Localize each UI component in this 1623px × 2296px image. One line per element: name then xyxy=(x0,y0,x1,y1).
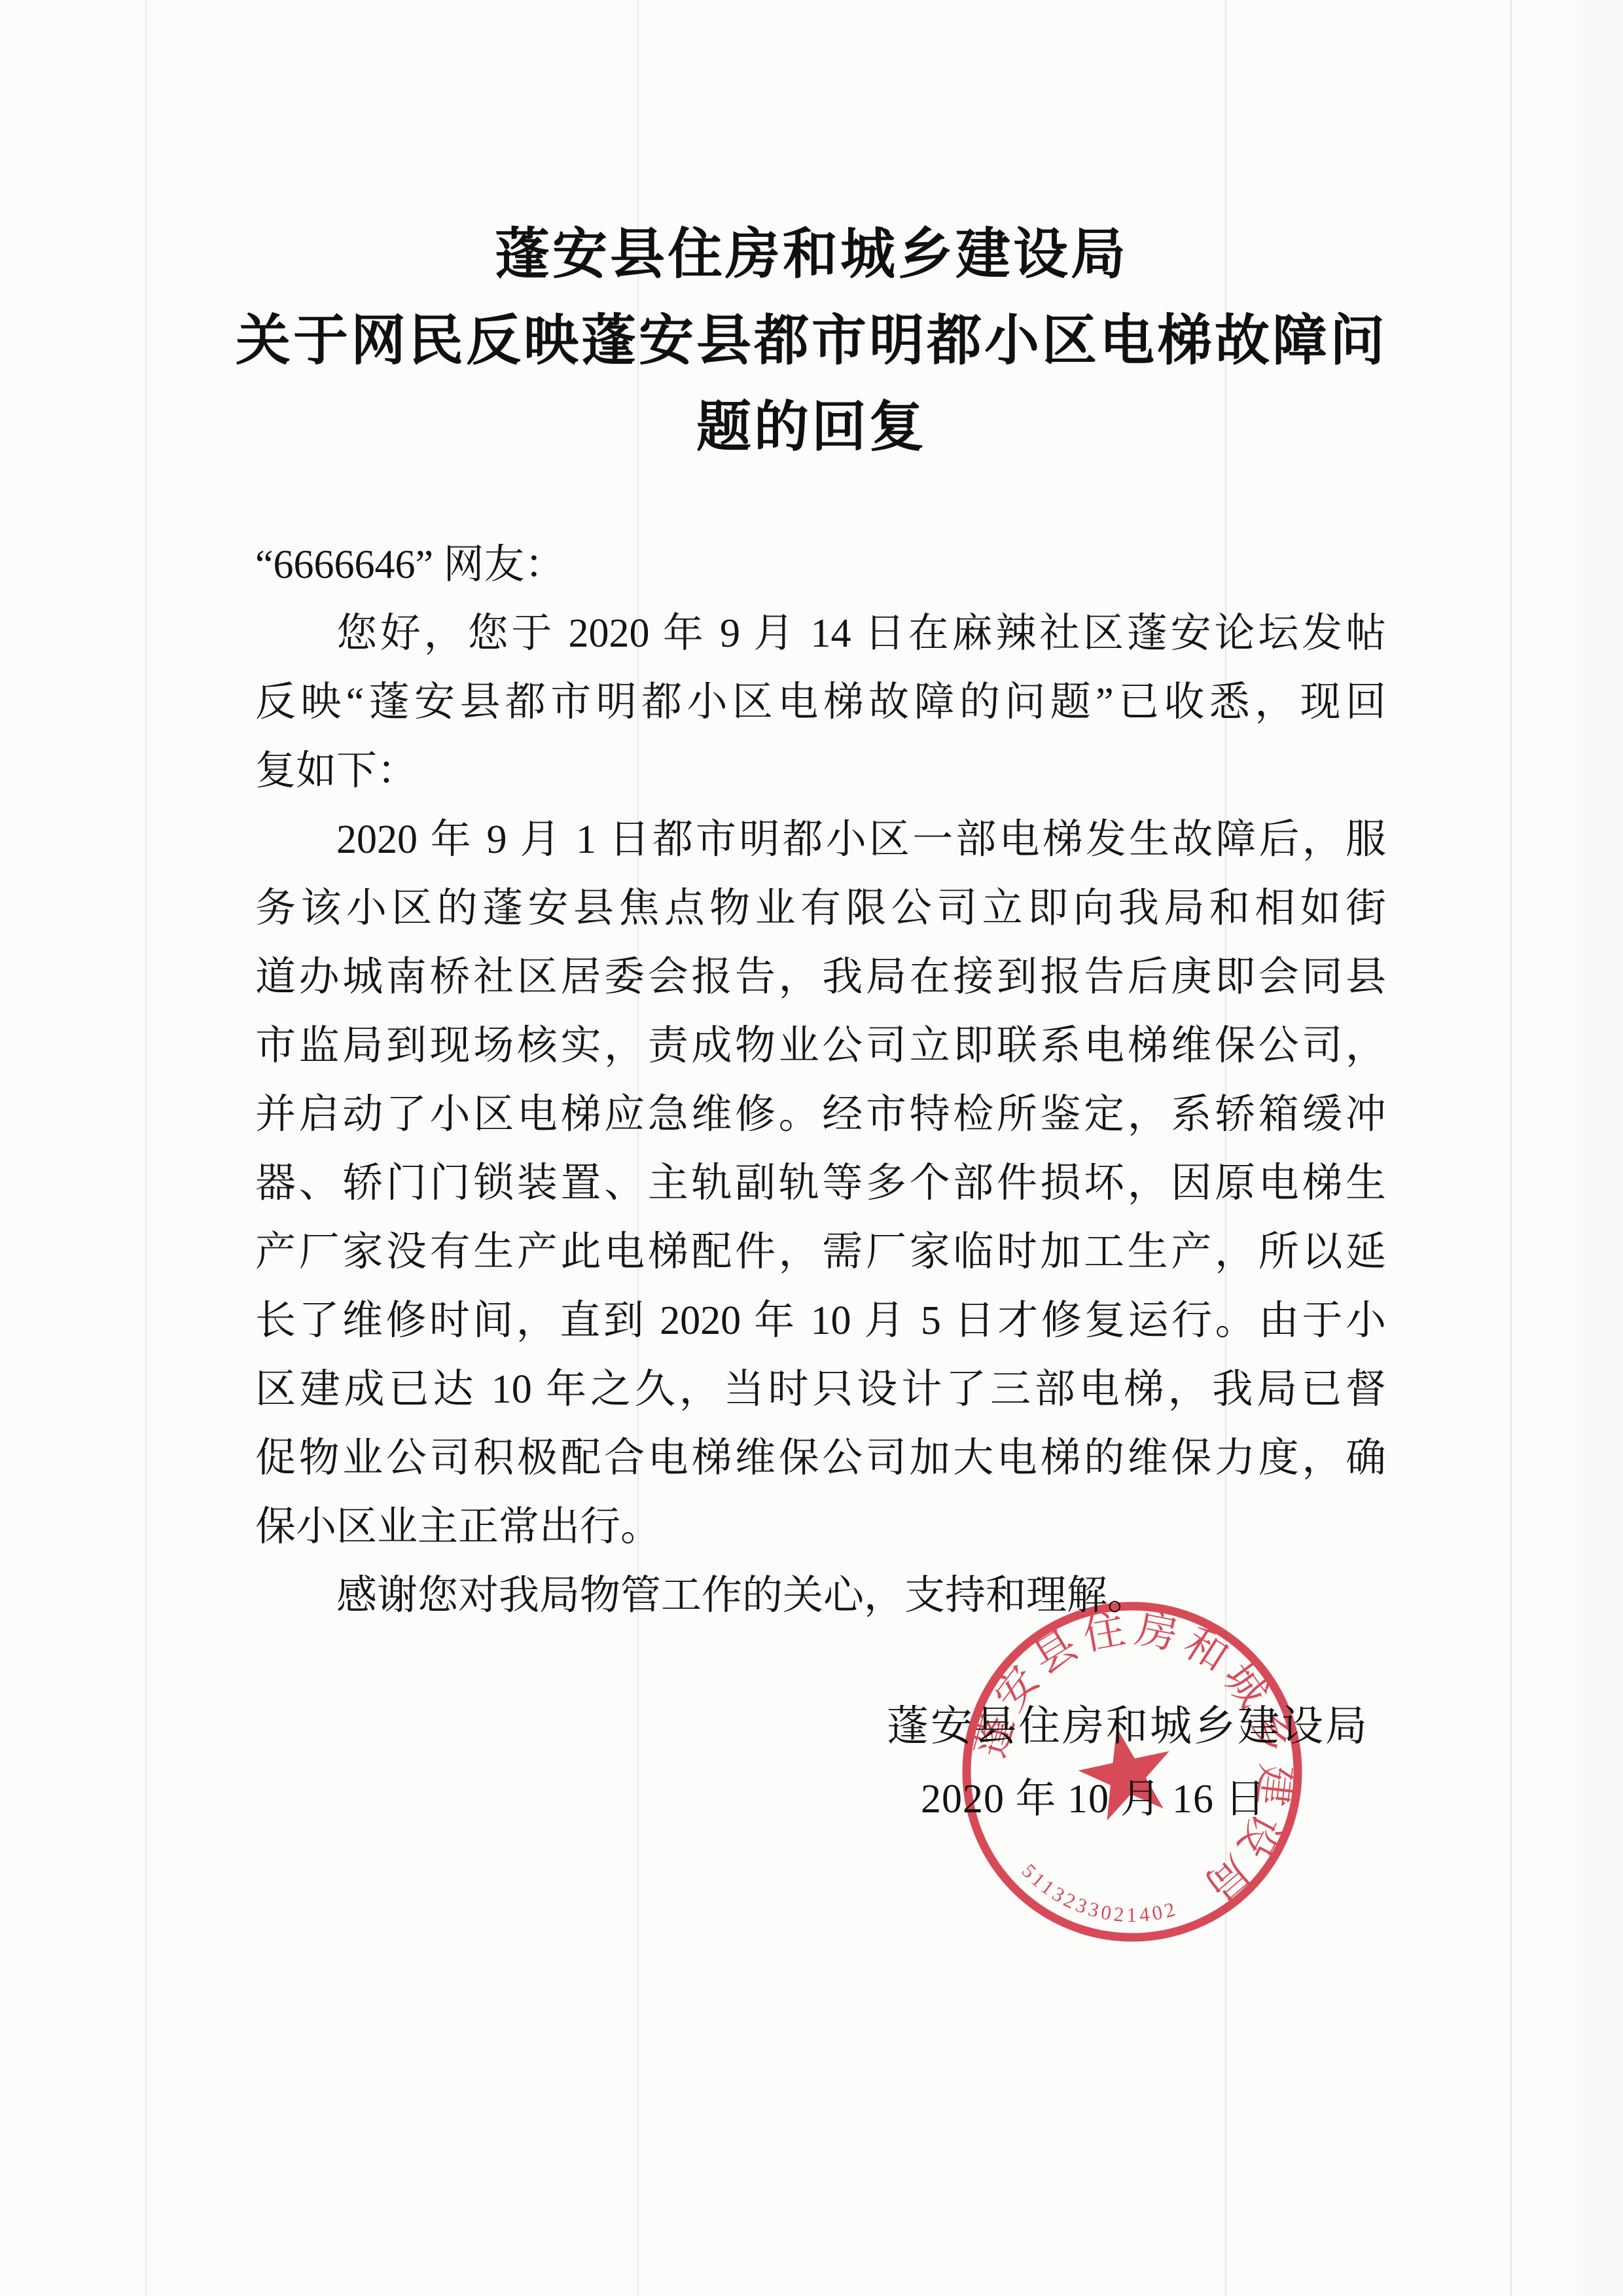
seal-code-text: 5113233021402 xyxy=(1018,1859,1181,1926)
body-line: 保小区业主正常出行。 xyxy=(255,1493,1386,1562)
body-line: 区建成已达 10 年之久，当时只设计了三部电梯，我局已督 xyxy=(255,1355,1386,1424)
title-line-2: 关于网民反映蓬安县都市明都小区电梯故障问 xyxy=(0,297,1623,384)
salutation-line: “6666646” 网友： xyxy=(255,531,1386,600)
title-line-3: 题的回复 xyxy=(0,384,1623,470)
document-page: 蓬安县住房和城乡建设局 关于网民反映蓬安县都市明都小区电梯故障问 题的回复 “6… xyxy=(0,0,1623,2296)
body-line: 复如下： xyxy=(255,737,1386,806)
body-line: 并启动了小区电梯应急维修。经市特检所鉴定，系轿箱缓冲 xyxy=(255,1081,1386,1149)
letter-body: “6666646” 网友： 您好，您于 2020 年 9 月 14 日在麻辣社区… xyxy=(255,531,1386,1630)
body-line: 务该小区的蓬安县焦点物业有限公司立即向我局和相如街 xyxy=(255,874,1386,943)
document-title: 蓬安县住房和城乡建设局 关于网民反映蓬安县都市明都小区电梯故障问 题的回复 xyxy=(0,211,1623,470)
body-line: 您好，您于 2020 年 9 月 14 日在麻辣社区蓬安论坛发帖 xyxy=(255,600,1386,668)
body-line: 促物业公司积极配合电梯维保公司加大电梯的维保力度，确 xyxy=(255,1424,1386,1493)
title-line-1: 蓬安县住房和城乡建设局 xyxy=(0,211,1623,297)
signature-date: 2020 年 10 月 16 日 xyxy=(921,1765,1266,1834)
body-line: 2020 年 9 月 1 日都市明都小区一部电梯发生故障后，服 xyxy=(255,806,1386,874)
body-line: 市监局到现场核实，责成物业公司立即联系电梯维保公司， xyxy=(255,1012,1386,1081)
body-line: 器、轿门门锁装置、主轨副轨等多个部件损坏，因原电梯生 xyxy=(255,1149,1386,1218)
signature-organization: 蓬安县住房和城乡建设局 xyxy=(887,1692,1369,1761)
body-line: 产厂家没有生产此电梯配件，需厂家临时加工生产，所以延 xyxy=(255,1218,1386,1287)
body-line: 反映“蓬安县都市明都小区电梯故障的问题”已收悉，现回 xyxy=(255,668,1386,737)
body-line: 长了维修时间，直到 2020 年 10 月 5 日才修复运行。由于小 xyxy=(255,1287,1386,1355)
body-line: 道办城南桥社区居委会报告，我局在接到报告后庚即会同县 xyxy=(255,943,1386,1012)
